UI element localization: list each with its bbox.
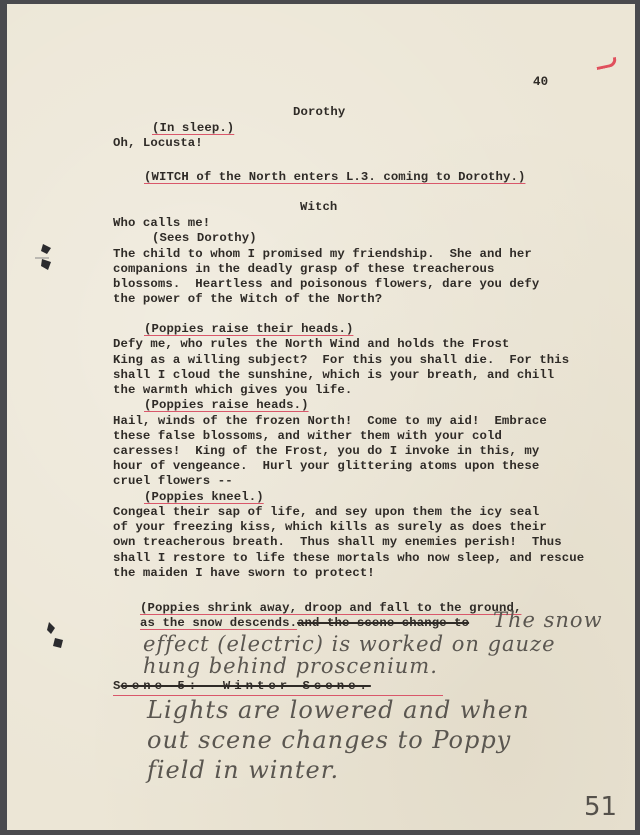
scene-heading: Scene 5:- Winter Scene. — [113, 679, 371, 694]
handwritten-note-1-line: effect (electric) is worked on gauze — [143, 632, 556, 656]
stage-direction-shrink-line-2: as the snow descends.and the scene chang… — [140, 616, 469, 631]
paragraph-1-line: the power of the Witch of the North? — [113, 292, 382, 307]
paragraph-1-line: The child to whom I promised my friendsh… — [113, 247, 532, 262]
handwritten-note-2-line: out scene changes to Poppy — [147, 726, 511, 754]
paragraph-3-line: these false blossoms, and wither them wi… — [113, 429, 502, 444]
paragraph-4-line: the maiden I have sworn to protect! — [113, 566, 375, 581]
paragraph-1-line: companions in the deadly grasp of these … — [113, 262, 494, 277]
paragraph-4-line: own treacherous breath. Thus shall my en… — [113, 535, 562, 550]
punch-hole-icon — [35, 242, 55, 276]
paragraph-2-line: King as a willing subject? For this you … — [113, 353, 569, 368]
paragraph-2-line: shall I cloud the sunshine, which is you… — [113, 368, 554, 383]
stage-direction-sees-dorothy: (Sees Dorothy) — [152, 231, 257, 246]
stage-direction-poppies-raise-their: (Poppies raise their heads.) — [144, 322, 353, 337]
paragraph-2-line: Defy me, who rules the North Wind and ho… — [113, 337, 509, 352]
paragraph-3-line: cruel flowers -- — [113, 474, 233, 489]
punch-hole-icon — [37, 618, 67, 652]
paragraph-3-line: Hail, winds of the frozen North! Come to… — [113, 414, 547, 429]
page-number: 40 — [533, 75, 548, 90]
script-page: 40 Dorothy (In sleep.) Oh, Locusta! (WIT… — [7, 4, 635, 830]
folio-number: 51 — [584, 792, 617, 822]
stage-direction-poppies-raise: (Poppies raise heads.) — [144, 398, 309, 413]
handwritten-note-1-line: hung behind proscenium. — [143, 654, 438, 678]
paragraph-4-line: shall I restore to life these mortals wh… — [113, 551, 584, 566]
paragraph-4-line: of your freezing kiss, which kills as su… — [113, 520, 547, 535]
stage-direction-shrink-text: as the snow descends. — [140, 616, 297, 630]
paragraph-3-line: caresses! King of the Frost, you do I in… — [113, 444, 539, 459]
handwritten-note-2-line: Lights are lowered and when — [147, 696, 530, 724]
paragraph-2-line: the warmth which gives you life. — [113, 383, 352, 398]
stage-direction-in-sleep: (In sleep.) — [152, 121, 234, 136]
speaker-witch: Witch — [300, 200, 337, 215]
paragraph-1-line: blossoms. Heartless and poisonous flower… — [113, 277, 539, 292]
paragraph-3-line: hour of vengeance. Hurl your glittering … — [113, 459, 539, 474]
line-oh-locusta: Oh, Locusta! — [113, 136, 203, 151]
stage-direction-poppies-kneel: (Poppies kneel.) — [144, 490, 264, 505]
struck-scene-change-text: and the scene change to — [297, 616, 469, 630]
paragraph-4-line: Congeal their sap of life, and sey upon … — [113, 505, 539, 520]
stage-direction-shrink-line-1: (Poppies shrink away, droop and fall to … — [140, 601, 521, 616]
struck-scene-heading: cene 5:- Winter Scene. — [120, 679, 370, 693]
speaker-dorothy: Dorothy — [293, 105, 345, 120]
line-who-calls: Who calls me! — [113, 216, 210, 231]
stage-direction-witch-enters: (WITCH of the North enters L.3. coming t… — [144, 170, 525, 185]
handwritten-note-2-line: field in winter. — [147, 756, 339, 784]
handwritten-note-1-line: The snow — [493, 608, 603, 632]
red-pencil-mark — [595, 57, 617, 70]
